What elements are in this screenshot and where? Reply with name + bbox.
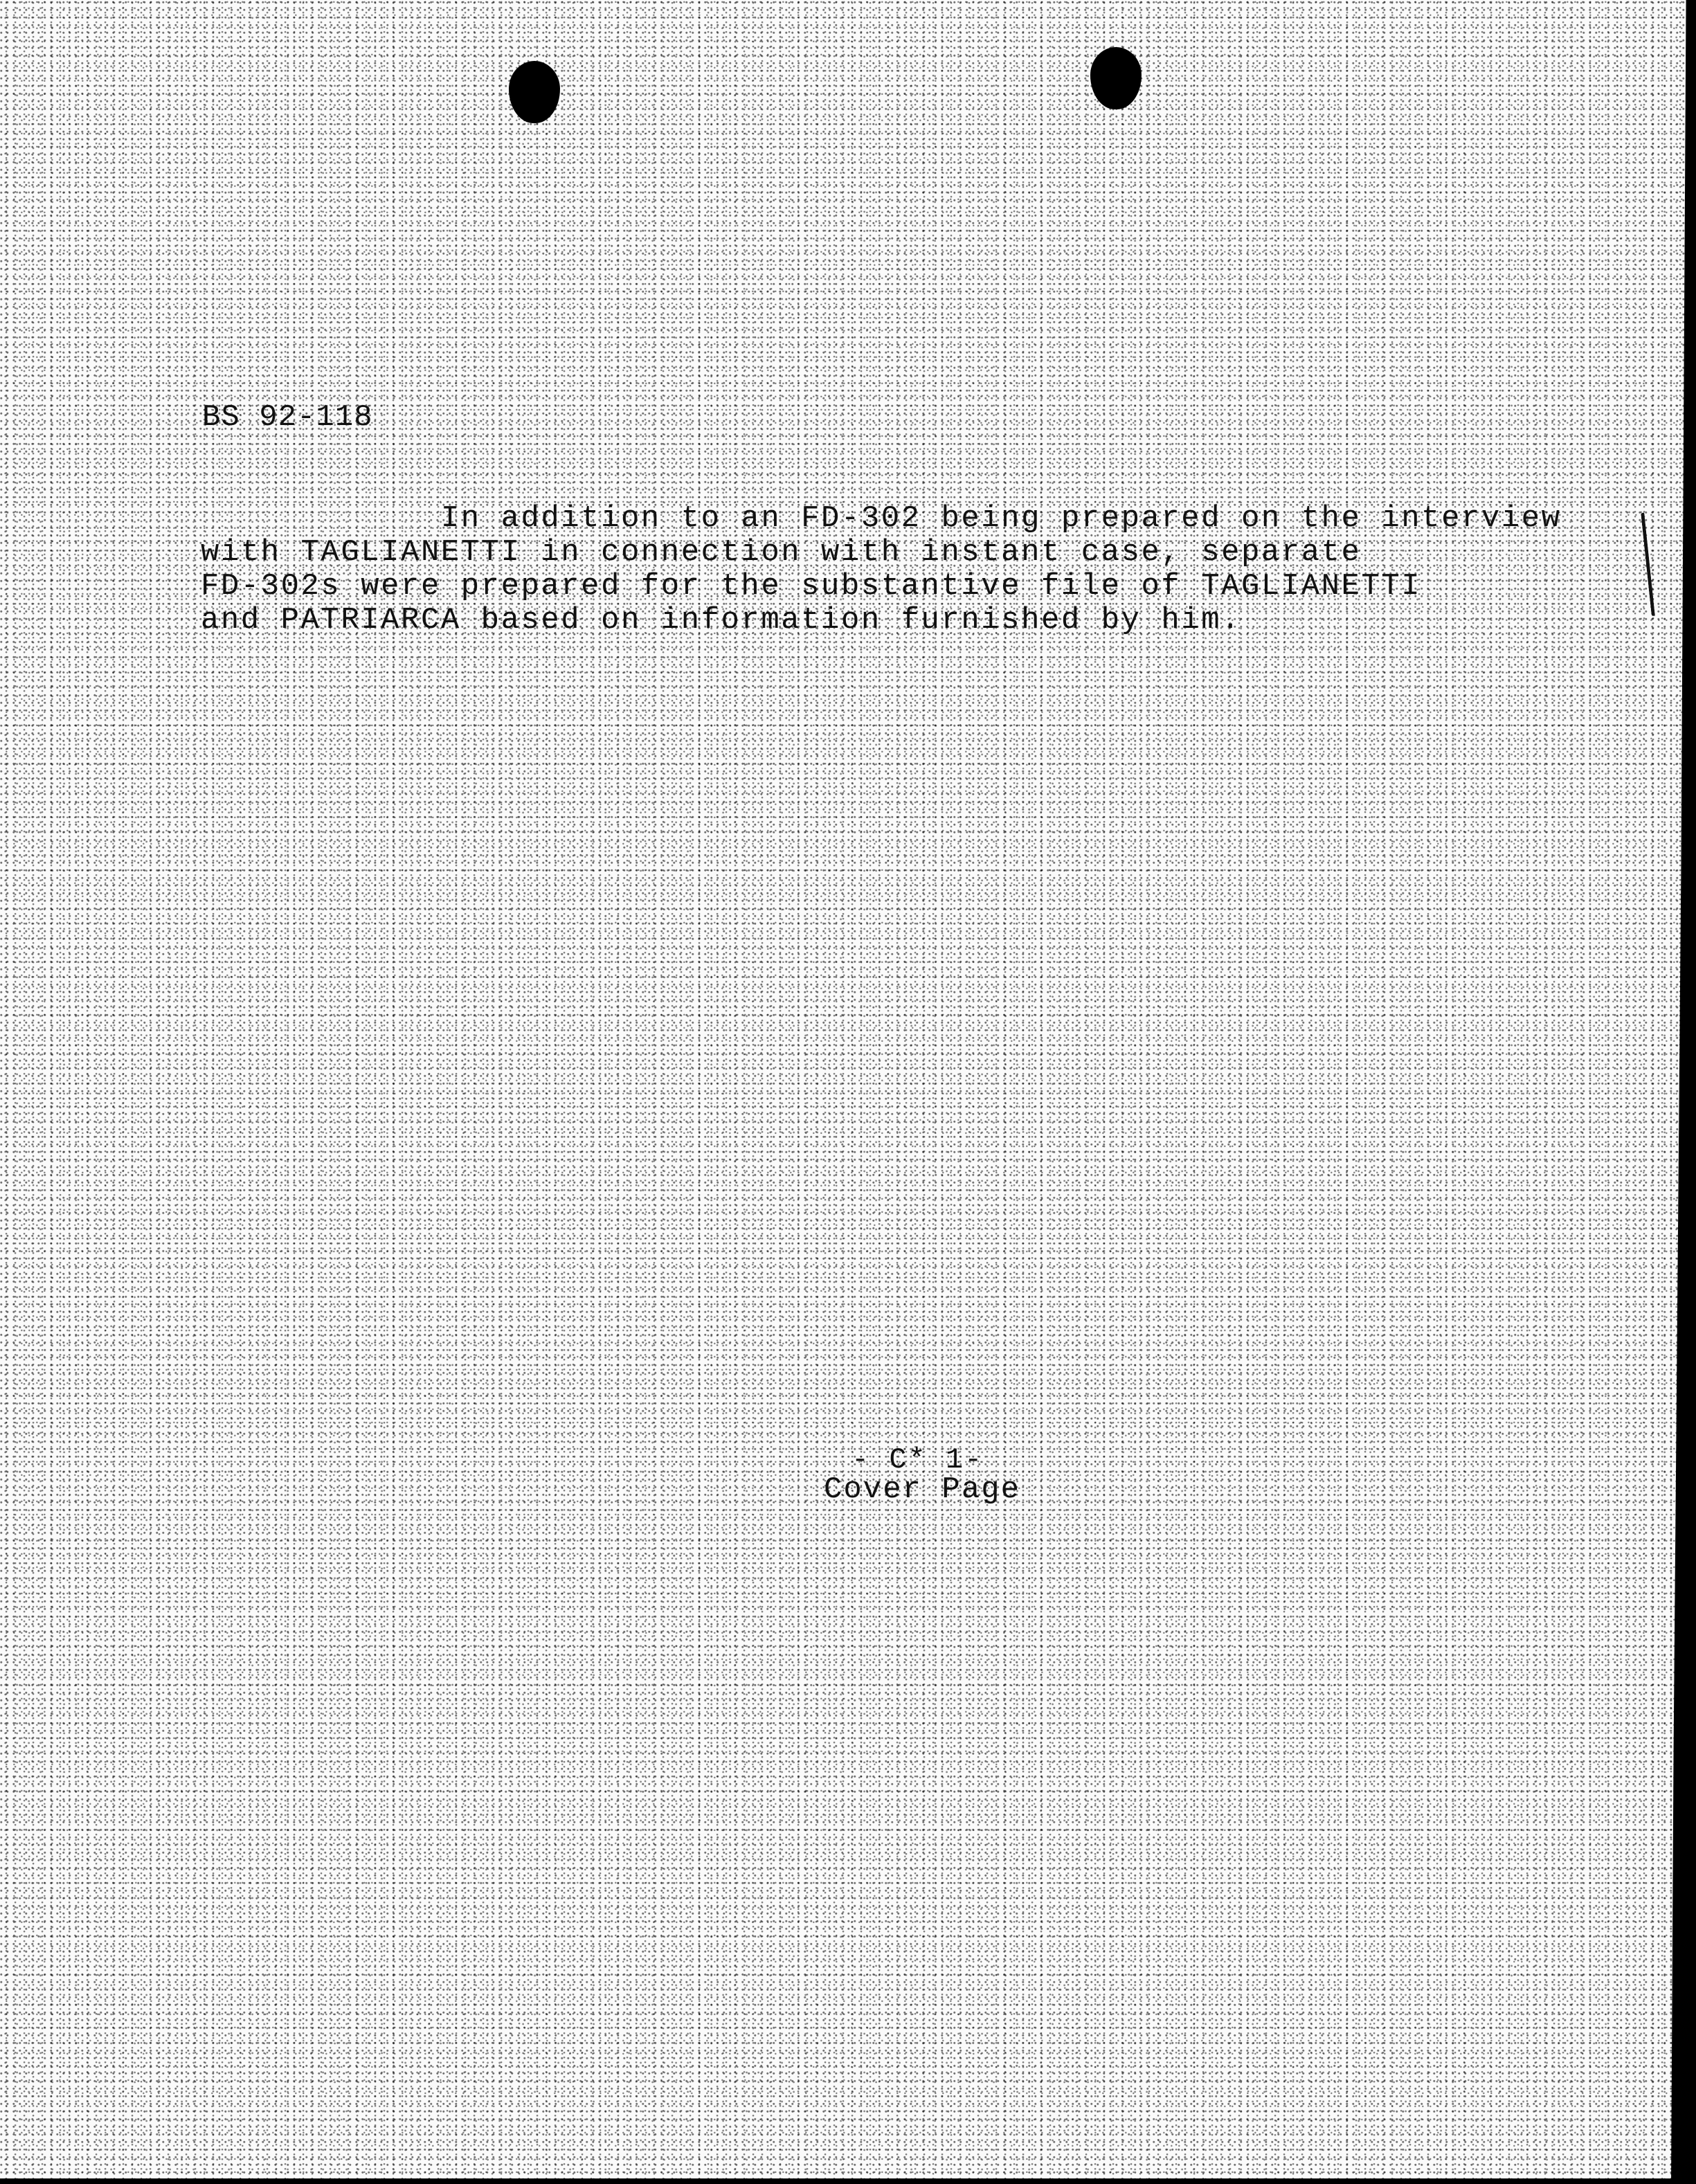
cover-page-label: Cover Page xyxy=(824,1472,1020,1507)
paragraph-line: with TAGLIANETTI in connection with inst… xyxy=(201,536,1620,570)
scan-edge-bottom xyxy=(0,2178,1696,2184)
scan-edge-right xyxy=(1671,0,1696,2184)
page-number: - C* 1- xyxy=(851,1443,983,1477)
paragraph-line: In addition to an FD-302 being prepared … xyxy=(201,502,1620,536)
punch-hole-left xyxy=(509,61,560,123)
margin-bracket-mark xyxy=(1641,512,1659,616)
punch-hole-right xyxy=(1090,47,1142,109)
paragraph-line: FD-302s were prepared for the substantiv… xyxy=(201,570,1620,604)
file-number: BS 92-118 xyxy=(202,400,373,435)
paragraph-line: and PATRIARCA based on information furni… xyxy=(201,604,1620,638)
body-paragraph: In addition to an FD-302 being prepared … xyxy=(201,502,1620,638)
scanned-document-page: BS 92-118 In addition to an FD-302 being… xyxy=(0,0,1696,2184)
